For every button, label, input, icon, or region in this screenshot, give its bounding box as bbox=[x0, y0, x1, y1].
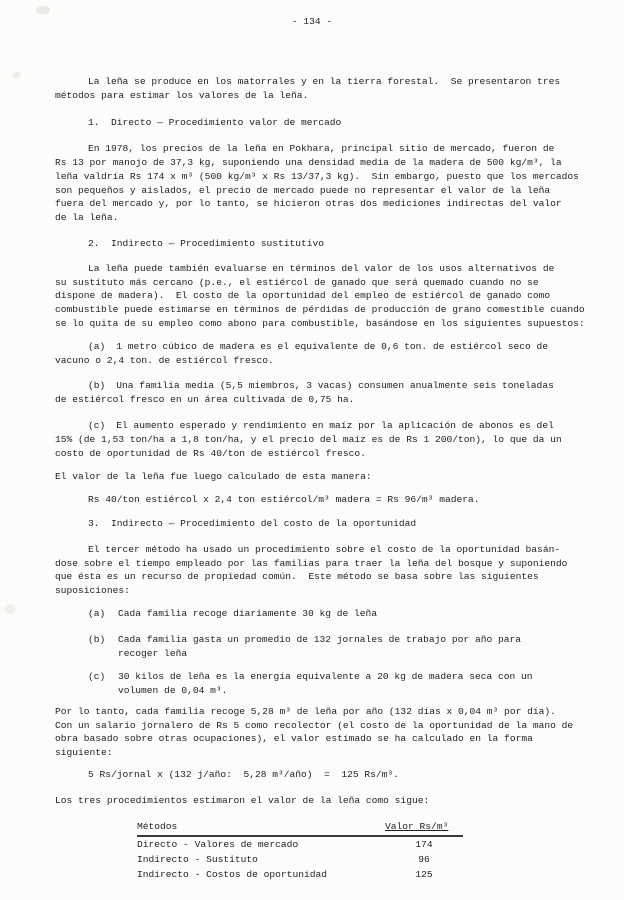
substitute-assumption-b: (b)Una familia media (5,5 miembros, 3 va… bbox=[55, 379, 587, 407]
item-marker: (b) bbox=[88, 633, 105, 647]
equation-substitute-value: Rs 40/ton estiércol x 2,4 ton estiércol/… bbox=[88, 493, 587, 507]
opportunity-assumption-c: (c)30 kilos de leña es la energía equiva… bbox=[55, 670, 587, 698]
item-marker: (b) bbox=[88, 380, 105, 391]
opportunity-assumption-b: (b)Cada familia gasta un promedio de 132… bbox=[55, 633, 587, 661]
substitute-assumption-c: (c)El aumento esperado y rendimiento en … bbox=[55, 419, 587, 460]
scan-smudge bbox=[4, 604, 16, 614]
method-cell: Indirecto - Sustituto bbox=[137, 853, 385, 867]
value-cell: 174 bbox=[385, 838, 463, 852]
opportunity-conclusion-paragraph: Por lo tanto, cada familia recoge 5,28 m… bbox=[55, 705, 587, 760]
item-marker: (c) bbox=[88, 670, 105, 684]
item-text: 30 kilos de leña es la energía equivalen… bbox=[118, 671, 533, 696]
opportunity-assumption-a: (a)Cada familia recoge diariamente 30 kg… bbox=[55, 607, 587, 621]
section-heading-substitute: 2. Indirecto — Procedimiento sustitutivo bbox=[88, 237, 587, 251]
page-number: - 134 - bbox=[0, 0, 624, 29]
section-heading-opportunity-cost: 3. Indirecto — Procedimiento del costo d… bbox=[88, 517, 587, 531]
table-row: Indirecto - Costos de oportunidad125 bbox=[137, 868, 463, 882]
section-heading-direct-market: 1. Directo — Procedimiento valor de merc… bbox=[88, 116, 587, 130]
item-text: Una familia media (5,5 miembros, 3 vacas… bbox=[55, 380, 554, 405]
item-marker: (a) bbox=[88, 341, 105, 352]
method-cell: Indirecto - Costos de oportunidad bbox=[137, 868, 385, 882]
direct-market-paragraph: En 1978, los precios de la leña en Pokha… bbox=[55, 142, 587, 225]
opportunity-cost-paragraph: El tercer método ha usado un procedimien… bbox=[55, 543, 587, 598]
intro-paragraph: La leña se produce en los matorrales y e… bbox=[55, 75, 587, 103]
table-row: Directo - Valores de mercado174 bbox=[137, 838, 463, 852]
substitute-paragraph: La leña puede también evaluarse en térmi… bbox=[55, 262, 587, 331]
equation-opportunity-value: 5 Rs/jornal x (132 j/año: 5,28 m³/año) =… bbox=[88, 768, 587, 782]
item-text: 1 metro cúbico de madera es el equivalen… bbox=[55, 341, 548, 366]
table-row: Indirecto - Sustituto96 bbox=[137, 853, 463, 867]
item-text: Cada familia recoge diariamente 30 kg de… bbox=[118, 608, 377, 619]
scan-smudge bbox=[12, 72, 21, 78]
item-marker: (a) bbox=[88, 607, 105, 621]
results-table: MétodosValor Rs/m³ Directo - Valores de … bbox=[137, 820, 463, 882]
document-page: - 134 - La leña se produce en los matorr… bbox=[0, 0, 624, 900]
table-header-row: MétodosValor Rs/m³ bbox=[137, 820, 463, 838]
item-text: El aumento esperado y rendimiento en maí… bbox=[55, 420, 562, 459]
value-cell: 125 bbox=[385, 868, 463, 882]
value-cell: 96 bbox=[385, 853, 463, 867]
scan-smudge bbox=[36, 6, 50, 14]
page-body: La leña se produce en los matorrales y e… bbox=[0, 75, 624, 882]
column-header-value: Valor Rs/m³ bbox=[385, 820, 463, 834]
item-marker: (c) bbox=[88, 420, 105, 431]
method-cell: Directo - Valores de mercado bbox=[137, 838, 385, 852]
column-header-methods: Métodos bbox=[137, 820, 385, 834]
item-text: Cada familia gasta un promedio de 132 jo… bbox=[118, 634, 521, 659]
substitute-assumption-a: (a)1 metro cúbico de madera es el equiva… bbox=[55, 340, 587, 368]
results-lead-in: Los tres procedimientos estimaron el val… bbox=[55, 794, 587, 808]
valuation-lead-in: El valor de la leña fue luego calculado … bbox=[55, 470, 587, 484]
